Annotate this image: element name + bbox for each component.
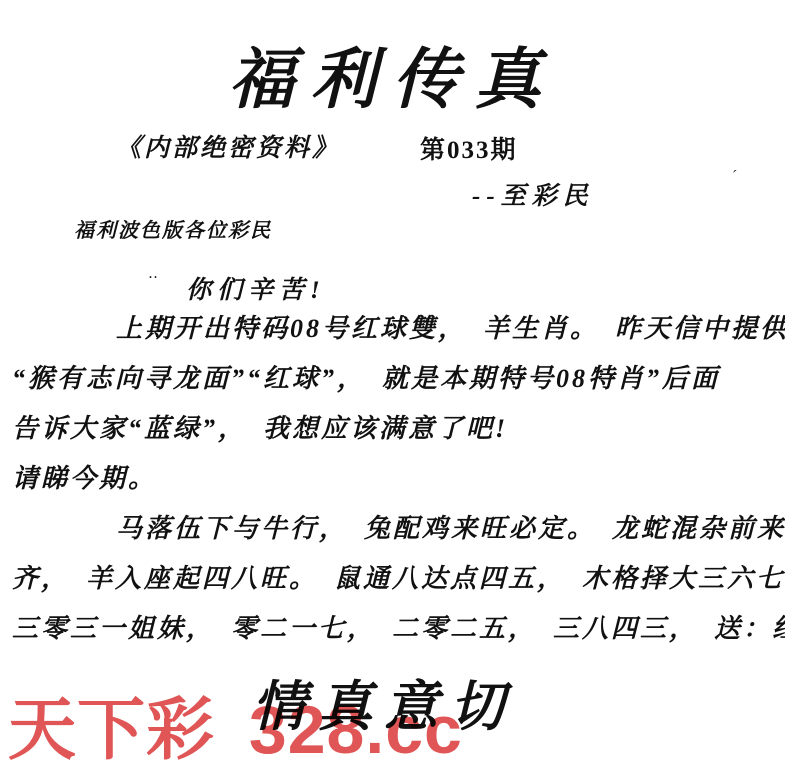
stray-mark: ˊ bbox=[732, 168, 737, 186]
fax-document-page: 福利传真 《内部绝密资料》 第033期 --至彩民 ˊ 福利波色版各位彩民 ‥ … bbox=[0, 0, 785, 772]
closing-phrase: 情真意切 bbox=[252, 664, 516, 741]
audience-line: 福利波色版各位彩民 bbox=[74, 214, 272, 243]
body-text: 上期开出特码08号红球雙， 羊生肖。 昨天信中提供 “猴有志向寻龙面”“红球”，… bbox=[12, 304, 777, 654]
body-line-1: 上期开出特码08号红球雙， 羊生肖。 昨天信中提供 bbox=[12, 304, 777, 354]
salute-line: 你们辛苦! bbox=[186, 270, 326, 306]
body-line-5: 马落伍下与牛行， 兔配鸡来旺必定。 龙蛇混杂前来 bbox=[12, 504, 777, 554]
document-title: 福利传真 bbox=[0, 26, 785, 121]
body-line-2: “猴有志向寻龙面”“红球”， 就是本期特号08特肖”后面 bbox=[12, 354, 777, 404]
body-line-6: 齐， 羊入座起四八旺。 鼠通八达点四五， 木格择大三六七。 bbox=[12, 554, 777, 604]
body-line-3: 告诉大家“蓝绿”， 我想应该满意了吧! bbox=[12, 404, 777, 454]
body-line-7: 三零三一姐妹， 零二一七， 二零二五， 三八四三， 送：红绿 bbox=[12, 604, 777, 654]
addressee-line: --至彩民 bbox=[472, 176, 594, 212]
body-line-4: 请睇今期。 bbox=[12, 454, 777, 504]
stray-dots: ‥ bbox=[148, 264, 163, 283]
issue-number: 第033期 bbox=[420, 130, 518, 166]
source-label: 《内部绝密资料》 bbox=[116, 128, 340, 164]
